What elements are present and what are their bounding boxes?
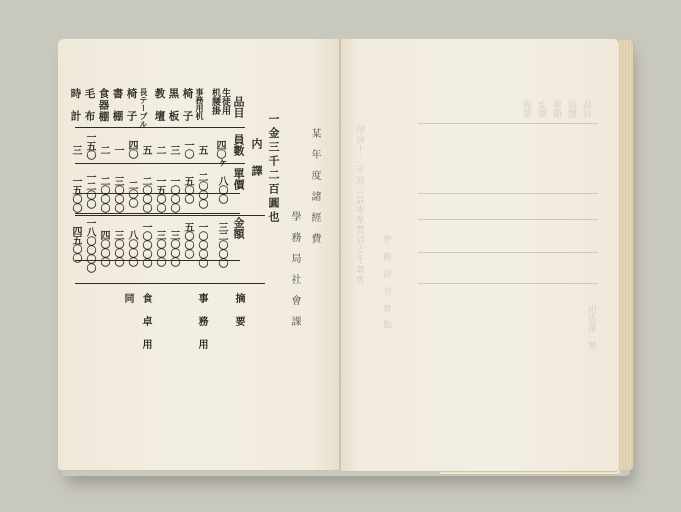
- row-item: 教壇: [154, 88, 165, 133]
- row-amount: 四五〇〇: [70, 226, 80, 262]
- row-quantity: 四〇ヶ: [214, 140, 224, 167]
- row-unit-price: 二〇〇〇: [196, 172, 206, 208]
- row-item: 黒板: [168, 88, 179, 133]
- row-unit-price: 二〇〇〇: [98, 176, 108, 212]
- header-remarks: 摘要: [233, 293, 243, 339]
- row-quantity: 五: [140, 145, 150, 154]
- row-quantity: 二: [154, 145, 164, 154]
- row-unit-price: 一五〇〇: [70, 176, 80, 212]
- row-unit-price: 二〇〇: [126, 180, 136, 207]
- row-unit-price: 八〇〇: [216, 176, 226, 203]
- rule-amount-top: [75, 215, 265, 216]
- row-quantity: 一: [112, 145, 122, 154]
- row-quantity: 二: [98, 145, 108, 154]
- row-item: 机腰掛: [210, 88, 219, 115]
- row-quantity: 三: [168, 145, 178, 154]
- row-unit-price: 一〇〇〇: [168, 176, 178, 212]
- header-quantity: 員數: [233, 134, 244, 156]
- row-item: 生徒用: [220, 88, 229, 115]
- row-unit-price: 五〇〇: [182, 176, 192, 203]
- row-item: 毛布: [84, 88, 95, 133]
- row-quantity: 五: [196, 145, 206, 154]
- row-item: 時計: [70, 88, 81, 133]
- bleed-rule: [418, 123, 598, 124]
- row-item: 書棚: [112, 88, 123, 133]
- row-item: 食器棚: [98, 88, 109, 123]
- row-item: 椅子: [126, 88, 137, 133]
- row-remarks: 食卓用: [140, 293, 150, 362]
- rule-unit-price-b: [75, 213, 240, 214]
- row-remarks: 同: [122, 293, 132, 316]
- bleed-rule: [418, 283, 598, 284]
- bleed-rule: [418, 252, 598, 253]
- bleed-rule: [418, 193, 598, 194]
- page-edge-stack: [619, 40, 634, 470]
- book-spread: 某年度諸經費 學務局社會課 一金三千二百圓也 内譯 品目 員數 單價 金額 摘要…: [0, 0, 681, 512]
- row-amount: 一八〇〇〇〇: [84, 218, 94, 272]
- row-quantity: 一〇: [182, 140, 192, 158]
- row-quantity: 三: [70, 145, 80, 154]
- issuer: 學務局社會課: [289, 211, 299, 337]
- bleed-text: 摘要: [525, 100, 534, 118]
- row-quantity: 四〇: [126, 140, 136, 158]
- row-amount: 一〇〇〇〇: [196, 222, 206, 267]
- row-item: 椅子: [182, 88, 193, 133]
- header-unit-price: 單價: [233, 168, 244, 190]
- row-item: 長テーブル: [140, 88, 148, 128]
- breakdown-label: 内譯: [251, 138, 262, 192]
- title-prefix: 某: [309, 128, 320, 149]
- bleed-text: 學務局社會課: [385, 235, 394, 337]
- bleed-text: 金額: [540, 100, 549, 118]
- rule-amount-bottom: [75, 283, 265, 284]
- row-quantity: 一五〇: [84, 132, 94, 159]
- bleed-text: 單價: [555, 100, 564, 118]
- row-amount: 一〇〇〇〇: [140, 222, 150, 267]
- book-gutter: [339, 38, 341, 470]
- row-unit-price: 一五〇〇: [154, 176, 164, 212]
- bleed-text: 員數: [570, 100, 579, 118]
- row-amount: 三二〇〇〇: [216, 222, 226, 267]
- row-amount: 三〇〇〇: [154, 230, 164, 266]
- header-item: 品目: [233, 96, 244, 118]
- total-amount: 一金三千二百圓也: [268, 113, 279, 225]
- bleed-text: 別表第一號: [590, 305, 599, 350]
- row-item: 事務用机: [196, 88, 204, 120]
- row-amount: 五〇〇〇: [182, 222, 192, 258]
- row-amount: 三〇〇〇: [168, 230, 178, 266]
- bleed-text: 品目: [585, 100, 594, 118]
- row-unit-price: 二〇〇〇: [140, 176, 150, 212]
- row-remarks: 事務用: [196, 293, 206, 362]
- row-amount: 八〇〇〇: [126, 230, 136, 266]
- row-unit-price: 三〇〇〇: [112, 176, 122, 212]
- row-amount: 四〇〇〇: [98, 230, 108, 266]
- bleed-rule: [418, 219, 598, 220]
- title-text: 年度諸經費: [309, 149, 320, 254]
- header-amount: 金額: [233, 217, 244, 239]
- row-amount: 三〇〇〇: [112, 230, 122, 266]
- bleed-text: 昭和十二年度公益事業費収支予算書: [358, 125, 367, 285]
- row-unit-price: 一二〇〇: [84, 172, 94, 208]
- document-title: 某年度諸經費: [309, 128, 319, 254]
